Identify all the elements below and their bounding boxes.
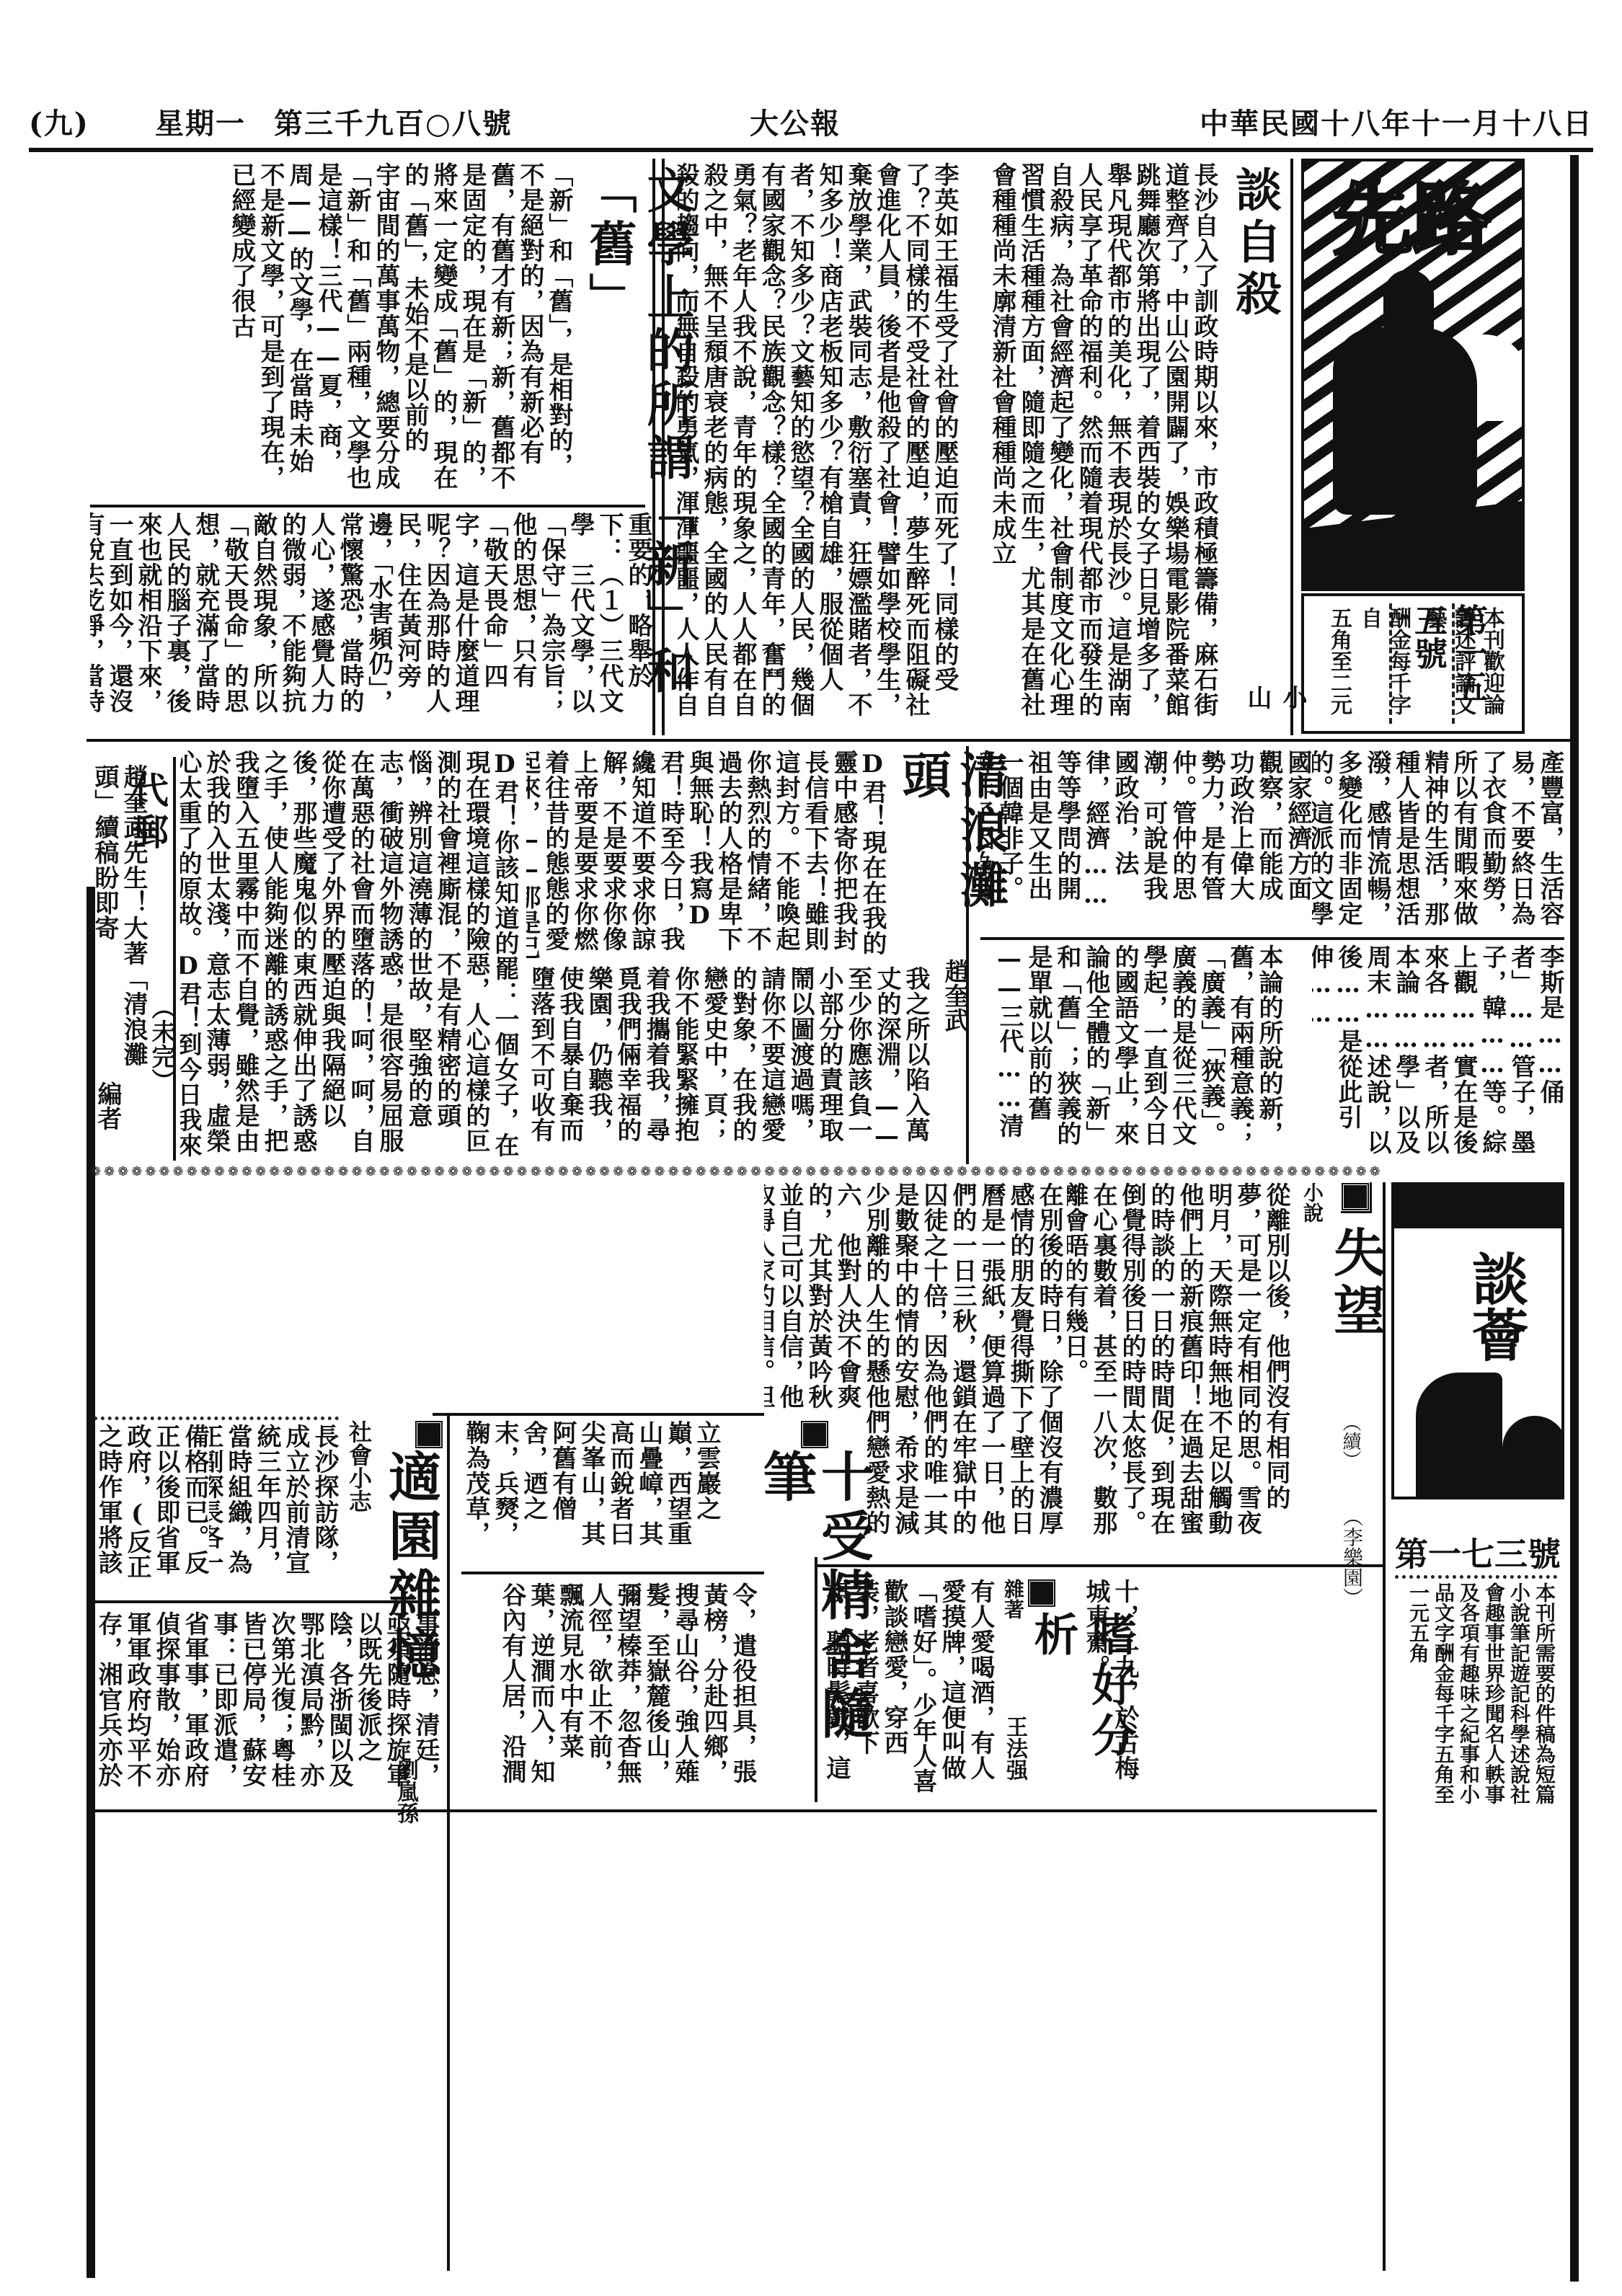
page-number: (九) — [29, 101, 89, 142]
old-new-paragraph-5: 本論的所說的新，舊，有兩種意義；「廣義」「狹義」。廣義的是從三代文學起，一直到今… — [995, 944, 1283, 1161]
rider-head — [1383, 270, 1434, 334]
section-rule — [90, 505, 645, 507]
yuanyuan-paragraph-1: 長沙探訪隊，成立於前清宣統三年四月，當時組織，為正副探長各一員，探目十，探兵百，… — [209, 1424, 339, 1582]
old-new-paragraph-6: 產豐富，生活容易，不要終日為了衣食而勤勞，所以有閒暇來做精神的生活，那種人皆是思… — [1312, 750, 1564, 937]
disappointment-author: （李樂園） — [1337, 1507, 1366, 1615]
section-rule — [433, 1413, 764, 1416]
disappointment-paragraph-2: 在別後的時日，除了個沒有濃厚感情的朋友覺得撕下了壁上的日曆是一張紙，便算過了一日… — [865, 1182, 1063, 1557]
yuanyuan-paragraph-2: 事消息，清廷，亟須隨時探旋軍以既先後派之陰，各浙閩以及鄂北滇局黔，亦次第光復；粵… — [94, 1611, 440, 1799]
disappointment-title: 失望 — [1326, 1225, 1384, 1413]
ten-essays-paragraph-2: 令，遣役担具，張黃榜，分赴四鄉，搜尋山谷，強人薙髮，至嶽麓後山，彌望榛莽，忽杳無… — [497, 1582, 757, 1799]
notice-fee-1: 酬金每千字自 — [1355, 607, 1412, 731]
qinglang-paragraph-3: D君！你該知道的罷：一個女子，在現在環境這樣的險惡，人心這樣的叵測的社會裡廝混，… — [180, 750, 519, 1161]
publication-date: 中華民國十八年十一月十八日 — [1200, 101, 1593, 142]
newspaper-page: (九) 星期一 第三千九百○八號 大公報 中華民國十八年十一月十八日 先路 本刊… — [0, 0, 1622, 2296]
hobby-paragraph-1: 有人愛喝酒，有人愛摸牌，這便叫做「嗜好」。少年人喜歡談戀愛，穿西裝，老者喜歡下棋… — [822, 1579, 995, 1795]
suicide-paragraph-2: 李英如王福生受了社會的壓迫而死了！同樣的受了？不同樣的不受社會的壓迫，夢生醉死而… — [678, 162, 959, 732]
hobby-author: 王法强 — [998, 1716, 1030, 1809]
masthead-rule — [29, 148, 1593, 152]
old-new-paragraph-1: 「新」和「舊」，是相對的，不是絕對的，因為有新必有舊，有舊才有新；新，舊都不是固… — [404, 162, 573, 494]
disappointment-tag: 小說 — [1298, 1182, 1326, 1240]
mailbox-body: 趙奎武先生！大著「清浪灘頭」續稿盼即寄 — [90, 764, 148, 1067]
dotted-border — [1395, 1575, 1557, 1579]
hobby-dateline: 十，二九，於古梅城東齋。 — [1060, 1579, 1139, 1795]
yuanyuan-paragraph-3: 備格而已。反正以後即省軍政府，(反正之時作軍將該隊均稱某軍軍政府事偵探調歸本府管… — [94, 1424, 209, 1582]
ornament-divider: ❁❁❁❁❁❁❁❁❁❁❁❁❁❁❁❁❁❁❁❁❁❁❁❁❁❁❁❁❁❁❁❁❁❁❁❁❁❁❁❁… — [90, 1164, 1568, 1179]
child-figure — [1502, 1416, 1564, 1499]
tanhui-issue-number: 第一七三號 — [1395, 1528, 1561, 1572]
square-bullet-icon — [800, 1420, 829, 1449]
square-bullet-icon — [415, 1420, 443, 1449]
square-bullet-icon — [1027, 1579, 1056, 1608]
right-border — [1570, 155, 1579, 2282]
qinglang-title: 清浪灘頭 — [894, 750, 1009, 966]
qinglang-author: 趙奎武 — [937, 959, 972, 1089]
section-rule — [94, 1809, 1377, 1812]
old-new-paragraph-3: 重要的，略舉於下：（１）三代文學 三代文學，以「保守」為宗旨；他的思想，只有「敬… — [90, 512, 652, 735]
qinglang-paragraph-2: 我之所以陷入萬丈的深淵，——至少你應該負一小部分的責理取鬧以圖渡過嗎，請你不要這… — [526, 966, 930, 1161]
column-rule — [815, 1557, 817, 1802]
disappointment-continued: （續） — [1337, 1413, 1364, 1478]
old-new-paragraph-4: 國家經濟方面觀察，而能成功政治上偉大勢力，是有管仲。管仲的思潮，可說是我國政治，… — [980, 750, 1312, 916]
xianlu-banner-title: 先路 — [1333, 176, 1492, 262]
curtain — [1394, 1185, 1564, 1228]
xianlu-banner-illustration: 先路 — [1301, 159, 1525, 591]
masthead: (九) 星期一 第三千九百○八號 大公報 中華民國十八年十一月十八日 — [29, 94, 1593, 144]
issue-number: 第三千九百○八號 — [274, 101, 513, 142]
tanhui-notice: 本刊所需要的件稿為短篇小說筆記遊記科學述說社會趣事世界珍聞名人軼事及各項有趣味之… — [1402, 1582, 1557, 1820]
section-rule — [980, 937, 1564, 940]
qinglang-paragraph-1: D君！現在在我的靈中感寄你把我封長信看下去！雖則這封方。不能喚起你熱烈的情緒，不… — [526, 750, 887, 966]
column-rule — [1290, 159, 1293, 735]
xianlu-issue-number: 第一五五號 — [1409, 603, 1489, 731]
mailbox-signature: 編者 — [90, 1081, 125, 1153]
paper-name: 大公報 — [750, 101, 841, 142]
figure-coat — [1416, 1373, 1502, 1499]
tanhui-banner-title: 談薈 — [1463, 1250, 1528, 1362]
ten-essays-paragraph-1: 立雲巖之巔，西望重山疊嶂，其高而銳者曰尖峯山，其阿舊有僧舍，迺之末，兵燹，鞠為茂… — [461, 1420, 721, 1564]
old-new-paragraph-2: 宇宙間的萬事萬物，總要分成「新」和「舊」兩種，文學也是這樣！三代——夏，商，周—… — [90, 162, 400, 494]
section-rule — [461, 1572, 764, 1574]
rider-on-horse — [1333, 327, 1477, 515]
yuanyuan-subhead: 社會小志 — [342, 1420, 376, 1564]
suicide-paragraph-1: 長沙自入了訓政時期以來，市政積極籌備，麻石街道整齊了，中山公園開闢了，娛樂場電影… — [966, 162, 1218, 732]
weekday: 星期一 — [155, 101, 246, 142]
notice-fee-2: 五角至二元 — [1324, 607, 1353, 715]
section-rule — [94, 1600, 440, 1603]
disappointment-paragraph-3: 六 他對人決不會爽的，尤其對於黃吟秋並自己可以自信，他取得人家的相信。但 — [764, 1182, 861, 1413]
dotted-border — [94, 1417, 339, 1420]
column-rule — [447, 1413, 450, 2271]
suicide-author: 小山 — [1240, 685, 1311, 728]
tanhui-banner-illustration: 談薈 — [1391, 1182, 1564, 1499]
disappointment-paragraph-1: 從離別以後，他們沒有相同的夢，可是一定有相同的思。雪夜明月，天際無時無地不足以觸… — [1067, 1182, 1290, 1557]
section-rule — [815, 1564, 1384, 1567]
xianlu-notice-box: 本刊歡迎論著 評述評論文藝 第一五五號 酬金每千字自 五角至二元 — [1301, 593, 1525, 734]
square-bullet-icon — [1341, 1182, 1373, 1214]
hobby-tag: 雜著 — [998, 1579, 1027, 1644]
old-new-paragraph-7: 李斯是……俑者」……管子，墨子，韓……等。綜上觀……實在是後來各……者，所以本論… — [1312, 944, 1564, 1161]
suicide-title: 談自殺 — [1226, 166, 1283, 368]
section-rule — [87, 739, 1572, 742]
